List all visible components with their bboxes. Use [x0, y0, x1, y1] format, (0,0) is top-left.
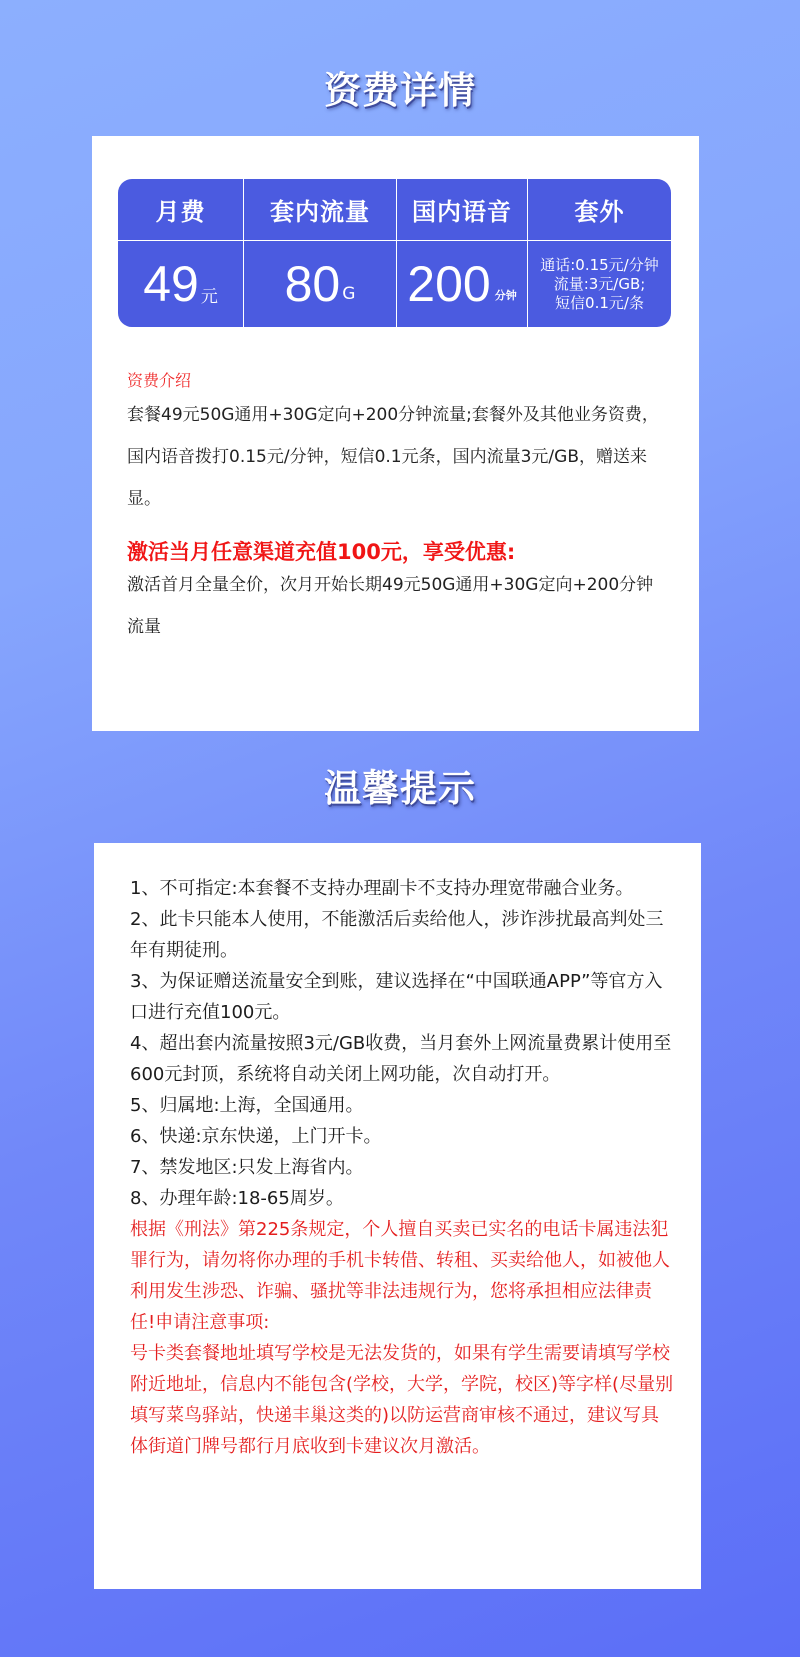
voice-number: 200	[407, 259, 490, 309]
overage-data-rate: 流量:3元/GB;	[554, 275, 646, 294]
voice-unit: 分钟	[495, 287, 517, 303]
promo-title: 激活当月任意渠道充值100元，享受优惠:	[127, 536, 515, 566]
tip-item: 7、禁发地区:只发上海省内。	[130, 1152, 675, 1183]
fee-intro-text: 套餐49元50G通用+30G定向+200分钟流量;套餐外及其他业务资费，国内语音…	[127, 394, 667, 520]
legal-warning: 根据《刑法》第225条规定，个人擅自买卖已实名的电话卡属违法犯罪行为，请勿将你办…	[130, 1214, 675, 1338]
section-title-tips: 温馨提示	[0, 758, 800, 812]
voice-value: 200 分钟	[397, 241, 528, 327]
header-data: 套内流量	[244, 179, 397, 240]
tips-list: 1、不可指定:本套餐不支持办理副卡不支持办理宽带融合业务。 2、此卡只能本人使用…	[130, 873, 675, 1462]
tip-item: 6、快递:京东快递，上门开卡。	[130, 1121, 675, 1152]
fee-table-header-row: 月费 套内流量 国内语音 套外	[118, 179, 671, 240]
address-notice: 号卡类套餐地址填写学校是无法发货的，如果有学生需要请填写学校附近地址，信息内不能…	[130, 1338, 675, 1462]
overage-call-rate: 通话:0.15元/分钟	[540, 256, 659, 275]
tip-item: 3、为保证赠送流量安全到账，建议选择在“中国联通APP”等官方入口进行充值100…	[130, 966, 675, 1028]
header-voice: 国内语音	[397, 179, 528, 240]
data-unit: G	[342, 284, 355, 304]
data-value: 80 G	[244, 241, 397, 327]
tip-item: 8、办理年龄:18-65周岁。	[130, 1183, 675, 1214]
tip-item: 4、超出套内流量按照3元/GB收费，当月套外上网流量费累计使用至600元封顶，系…	[130, 1028, 675, 1090]
promo-text: 激活首月全量全价，次月开始长期49元50G通用+30G定向+200分钟流量	[127, 564, 667, 648]
header-overage: 套外	[528, 179, 671, 240]
tip-item: 5、归属地:上海，全国通用。	[130, 1090, 675, 1121]
tip-item: 1、不可指定:本套餐不支持办理副卡不支持办理宽带融合业务。	[130, 873, 675, 904]
tips-card: 1、不可指定:本套餐不支持办理副卡不支持办理宽带融合业务。 2、此卡只能本人使用…	[94, 843, 701, 1589]
monthly-fee-number: 49	[143, 259, 199, 309]
data-number: 80	[285, 259, 341, 309]
section-title-fee-details: 资费详情	[0, 60, 800, 114]
monthly-fee-unit: 元	[201, 282, 218, 307]
fee-table: 月费 套内流量 国内语音 套外 49 元 80 G 200 分钟 通话:0.15…	[118, 179, 671, 327]
fee-table-value-row: 49 元 80 G 200 分钟 通话:0.15元/分钟 流量:3元/GB; 短…	[118, 241, 671, 327]
monthly-fee-value: 49 元	[118, 241, 244, 327]
fee-details-card: 月费 套内流量 国内语音 套外 49 元 80 G 200 分钟 通话:0.15…	[92, 136, 699, 731]
overage-sms-rate: 短信0.1元/条	[555, 294, 644, 313]
overage-value: 通话:0.15元/分钟 流量:3元/GB; 短信0.1元/条	[528, 241, 671, 327]
fee-intro-label: 资费介绍	[127, 368, 191, 391]
tip-item: 2、此卡只能本人使用，不能激活后卖给他人，涉诈涉扰最高判处三年有期徒刑。	[130, 904, 675, 966]
header-monthly-fee: 月费	[118, 179, 244, 240]
